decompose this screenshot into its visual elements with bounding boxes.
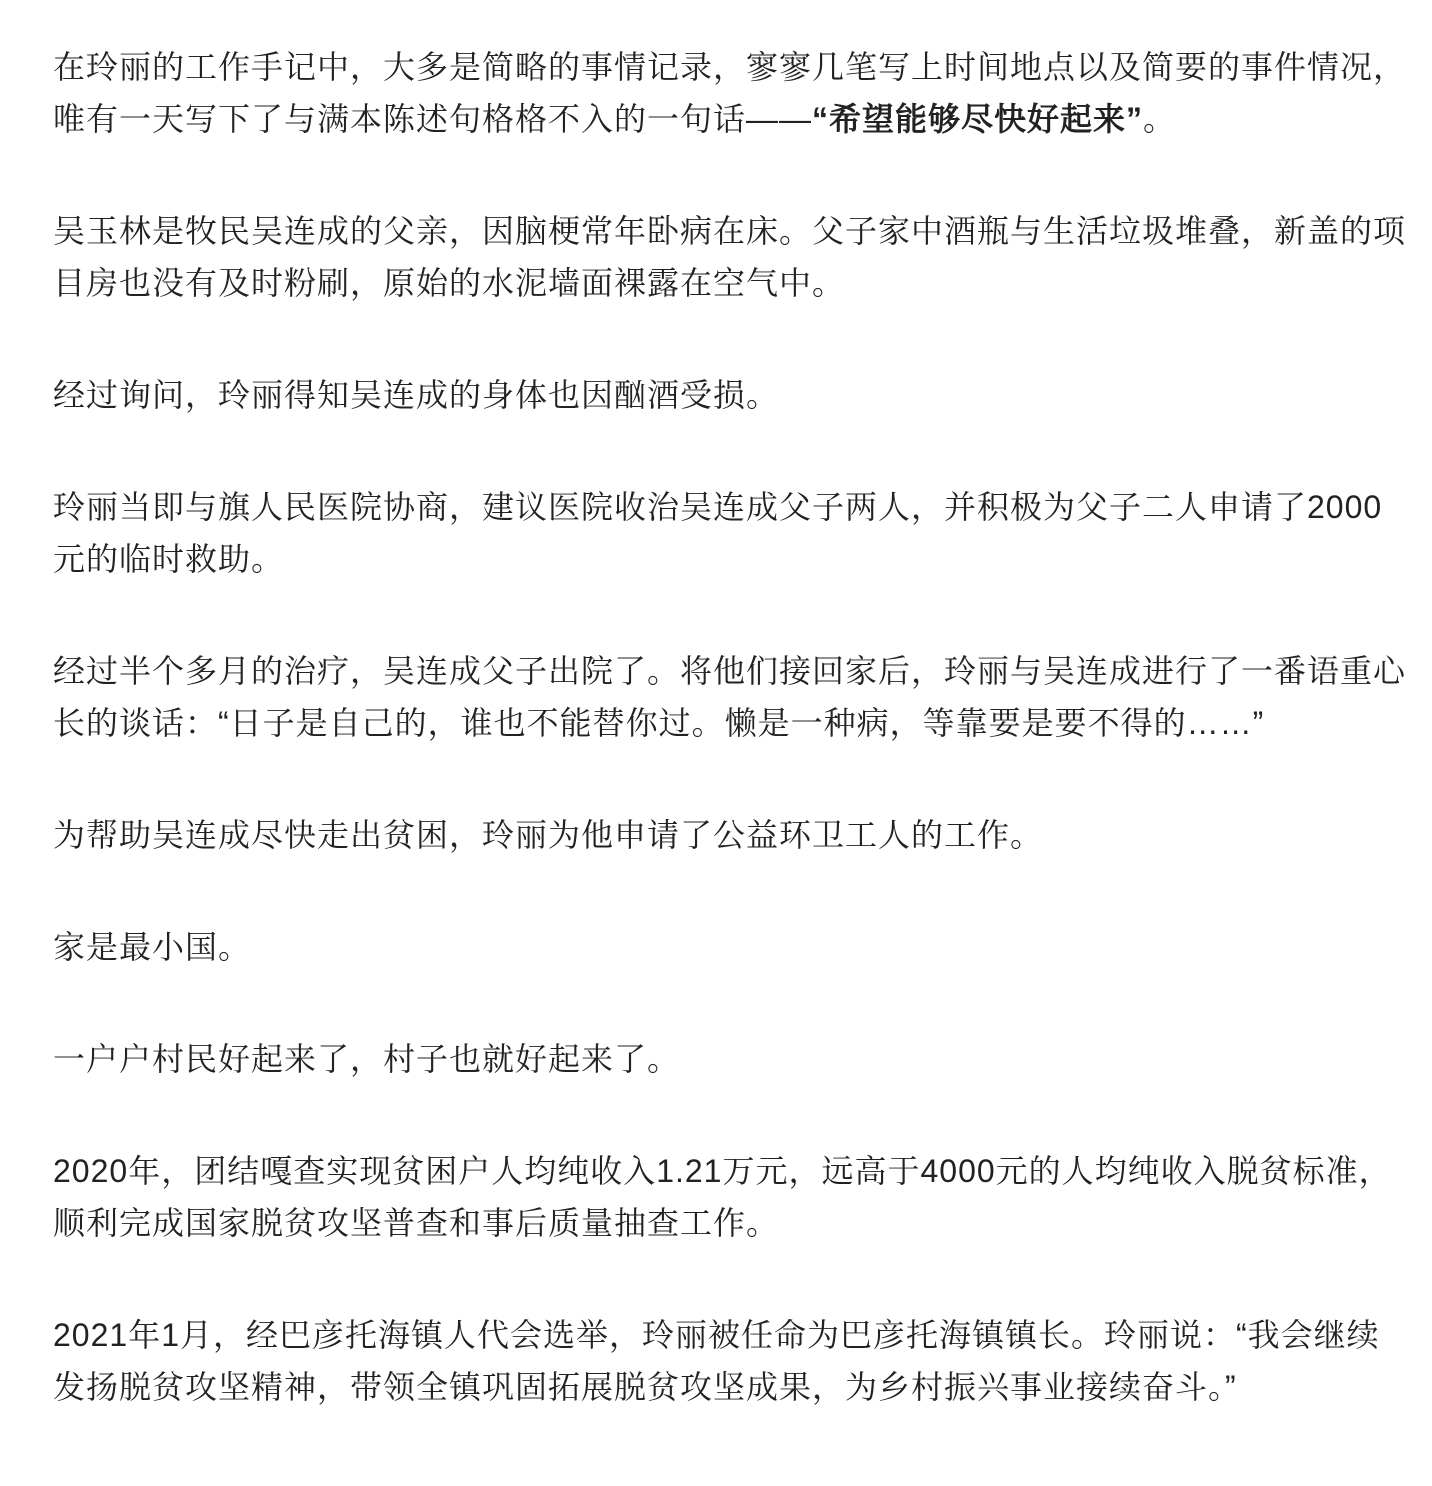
paragraph-text: 玲丽当即与旗人民医院协商，建议医院收治吴连成父子两人，并积极为父子二人申请了20… [53,489,1382,577]
paragraph-text: 经过询问，玲丽得知吴连成的身体也因酗酒受损。 [53,377,779,413]
paragraph: 在玲丽的工作手记中，大多是简略的事情记录，寥寥几笔写上时间地点以及简要的事件情况… [53,41,1412,145]
paragraph: 一户户村民好起来了，村子也就好起来了。 [53,1033,1412,1085]
paragraph: 吴玉林是牧民吴连成的父亲，因脑梗常年卧病在床。父子家中酒瓶与生活垃圾堆叠，新盖的… [53,205,1412,309]
paragraph-text: 一户户村民好起来了，村子也就好起来了。 [53,1041,680,1077]
paragraph-text: 为帮助吴连成尽快走出贫困，玲丽为他申请了公益环卫工人的工作。 [53,817,1043,853]
article-body: 在玲丽的工作手记中，大多是简略的事情记录，寥寥几笔写上时间地点以及简要的事件情况… [0,0,1432,1473]
paragraph-text: 在玲丽的工作手记中，大多是简略的事情记录，寥寥几笔写上时间地点以及简要的事件情况… [53,49,1406,137]
paragraph-text: 经过半个多月的治疗，吴连成父子出院了。将他们接回家后，玲丽与吴连成进行了一番语重… [53,653,1406,741]
paragraph-text: 家是最小国。 [53,929,251,965]
paragraph: 玲丽当即与旗人民医院协商，建议医院收治吴连成父子两人，并积极为父子二人申请了20… [53,481,1412,585]
paragraph: 2020年，团结嘎查实现贫困户人均纯收入1.21万元，远高于4000元的人均纯收… [53,1145,1412,1249]
paragraph-text: 2020年，团结嘎查实现贫困户人均纯收入1.21万元，远高于4000元的人均纯收… [53,1153,1392,1241]
paragraph: 经过半个多月的治疗，吴连成父子出院了。将他们接回家后，玲丽与吴连成进行了一番语重… [53,645,1412,749]
paragraph: 2021年1月，经巴彦托海镇人代会选举，玲丽被任命为巴彦托海镇镇长。玲丽说：“我… [53,1309,1412,1413]
paragraph: 为帮助吴连成尽快走出贫困，玲丽为他申请了公益环卫工人的工作。 [53,809,1412,861]
article-page: 在玲丽的工作手记中，大多是简略的事情记录，寥寥几笔写上时间地点以及简要的事件情况… [0,0,1432,1486]
paragraph-text: 吴玉林是牧民吴连成的父亲，因脑梗常年卧病在床。父子家中酒瓶与生活垃圾堆叠，新盖的… [53,213,1406,301]
paragraph: 家是最小国。 [53,921,1412,973]
highlighted-quote: “希望能够尽快好起来” [812,101,1143,137]
paragraph-text: 2021年1月，经巴彦托海镇人代会选举，玲丽被任命为巴彦托海镇镇长。玲丽说：“我… [53,1317,1380,1405]
paragraph: 经过询问，玲丽得知吴连成的身体也因酗酒受损。 [53,369,1412,421]
paragraph-text: 。 [1143,101,1176,137]
